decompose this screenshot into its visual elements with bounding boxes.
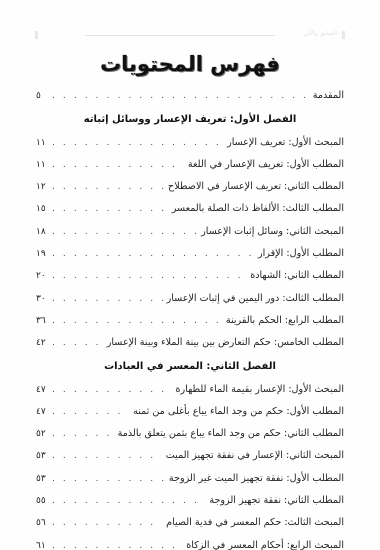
- toc-entry-label: المطلب الأول: الإقرار: [254, 248, 344, 260]
- toc-entry[interactable]: المطلب الأول: الإقرار . . . . . . . . . …: [36, 241, 344, 263]
- dot-leader: . . . . . . . . . . . . . . . . . . . . …: [52, 181, 164, 193]
- dot-leader: . . . . . . . . . . . . . . . . . . . . …: [52, 203, 168, 215]
- header-ornament-right: [342, 31, 345, 39]
- toc-entry-label: المطلب الثاني: الشهادة: [246, 270, 344, 282]
- dot-leader: . . . . . . . . . . . . . . . . . . . . …: [52, 428, 114, 440]
- toc-page-number: ٥٣: [36, 450, 52, 462]
- toc-entry-label: المطلب الأول: نفقة تجهيز الميت غير الزوج…: [165, 473, 344, 485]
- toc-entry-label: المطلب الثالث: الألفاظ ذات الصلة بالمعسر: [168, 203, 344, 215]
- toc-entry[interactable]: المطلب الثاني: حكم من وجد الماء يباع بثم…: [36, 421, 344, 443]
- toc-page-number: ١٢: [36, 181, 52, 193]
- toc-entry-label: المطلب الأول: حكم من وجد الماء يباع بأغل…: [129, 406, 344, 418]
- toc-page-number: ٥: [36, 90, 52, 102]
- toc-entry[interactable]: المطلب الأول: حكم من وجد الماء يباع بأغل…: [36, 399, 344, 421]
- toc-entry[interactable]: المطلب الثالث: الألفاظ ذات الصلة بالمعسر…: [36, 196, 344, 218]
- toc-entry[interactable]: المطلب الخامس: حكم التعارض بين بينة المل…: [36, 330, 344, 352]
- toc-page-number: ٥٥: [36, 495, 52, 507]
- toc-entry[interactable]: المطلب الأول: تعريف الإعسار في اللغة . .…: [36, 152, 344, 174]
- toc-page-number: ٤٧: [36, 406, 52, 418]
- toc-entry[interactable]: المطلب الرابع: الحكم بالقرينة . . . . . …: [36, 308, 344, 330]
- dot-leader: . . . . . . . . . . . . . . . . . . . . …: [52, 226, 197, 238]
- dot-leader: . . . . . . . . . . . . . . . . . . . . …: [52, 293, 163, 305]
- toc-entry-label: المبحث الثاني: وسائل إثبات الإعسار: [197, 226, 344, 238]
- toc-page-number: ٥٣: [36, 473, 52, 485]
- toc-page-number: ١١: [36, 159, 52, 171]
- toc-entry-label: المبحث الأول: تعريف الإعسار: [223, 137, 344, 149]
- toc-entry-label: المطلب الثاني: تعريف الإعسار في الاصطلاح: [164, 181, 344, 193]
- dot-leader: . . . . . . . . . . . . . . . . . . . . …: [52, 90, 309, 102]
- toc-entry[interactable]: المبحث الأول: تعريف الإعسار . . . . . . …: [36, 129, 344, 151]
- toc-entry[interactable]: المبحث الأول: الإعسار بقيمة الماء للطهار…: [36, 376, 344, 398]
- toc-entry-label: المطلب الرابع: الحكم بالقرينة: [222, 315, 344, 327]
- toc-entry[interactable]: المطلب الثالث: دور اليمين في إثبات الإعس…: [36, 285, 344, 307]
- document-page: السابق والآتي فهرس المحتويات المقدمة . .…: [0, 0, 380, 550]
- toc-page-number: ٣٠: [36, 293, 52, 305]
- toc-chapter-heading-1[interactable]: الفصل الأول: تعريف الإعسار ووسائل إثباته: [36, 105, 344, 129]
- toc-page-number: ١١: [36, 137, 52, 149]
- page-title: فهرس المحتويات: [0, 52, 380, 76]
- toc-entry[interactable]: المطلب الأول: نفقة تجهيز الميت غير الزوج…: [36, 465, 344, 487]
- toc-entry-label: المبحث الثالث: حكم المعسر في فدية الصيام: [162, 517, 344, 529]
- toc-entry[interactable]: المبحث الرابع: أحكام المعسر في الزكاة . …: [36, 532, 344, 550]
- dot-leader: . . . . . . . . . . . . . . . . . . . . …: [52, 337, 103, 349]
- dot-leader: . . . . . . . . . . . . . . . . . . . . …: [52, 473, 165, 485]
- toc-entry[interactable]: المطلب الثاني: الشهادة . . . . . . . . .…: [36, 263, 344, 285]
- dot-leader: . . . . . . . . . . . . . . . . . . . . …: [52, 517, 162, 529]
- dot-leader: . . . . . . . . . . . . . . . . . . . . …: [52, 450, 162, 462]
- toc-entry-introduction[interactable]: المقدمة . . . . . . . . . . . . . . . . …: [36, 83, 344, 105]
- toc-entry-label: المطلب الثاني: حكم من وجد الماء يباع بثم…: [114, 428, 344, 440]
- toc-page-number: ٣٦: [36, 315, 52, 327]
- toc-entry[interactable]: المطلب الثاني: نفقة تجهيز الزوجة . . . .…: [36, 488, 344, 510]
- toc-page-number: ٦١: [36, 540, 52, 550]
- dot-leader: . . . . . . . . . . . . . . . . . . . . …: [52, 270, 246, 282]
- toc-page-number: ١٥: [36, 203, 52, 215]
- dot-leader: . . . . . . . . . . . . . . . . . . . . …: [52, 248, 254, 260]
- toc-entry-label: المبحث الأول: الإعسار بقيمة الماء للطهار…: [172, 384, 345, 396]
- toc-entry[interactable]: المبحث الثالث: حكم المعسر في فدية الصيام…: [36, 510, 344, 532]
- dot-leader: . . . . . . . . . . . . . . . . . . . . …: [52, 315, 222, 327]
- chapter-title: الفصل الثاني: المعسر في العبادات: [104, 361, 276, 373]
- toc-page-number: ٢٠: [36, 270, 52, 282]
- dot-leader: . . . . . . . . . . . . . . . . . . . . …: [52, 406, 129, 418]
- toc-entry-label: المقدمة: [309, 90, 344, 102]
- toc-entry[interactable]: المطلب الثاني: تعريف الإعسار في الاصطلاح…: [36, 174, 344, 196]
- toc-entry-label: المبحث الرابع: أحكام المعسر في الزكاة: [182, 540, 344, 550]
- toc-entry-label: المبحث الثاني: الإعسار في نفقة تجهيز الم…: [162, 450, 344, 462]
- toc-entry-label: المطلب الخامس: حكم التعارض بين بينة المل…: [103, 337, 344, 349]
- toc-chapter-heading-2[interactable]: الفصل الثاني: المعسر في العبادات: [36, 352, 344, 376]
- dot-leader: . . . . . . . . . . . . . . . . . . . . …: [52, 540, 182, 550]
- dot-leader: . . . . . . . . . . . . . . . . . . . . …: [52, 495, 205, 507]
- bleed-through-running-header: السابق والآتي: [35, 31, 345, 39]
- dot-leader: . . . . . . . . . . . . . . . . . . . . …: [52, 137, 223, 149]
- chapter-title: الفصل الأول: تعريف الإعسار ووسائل إثباته: [84, 114, 297, 126]
- table-of-contents: المقدمة . . . . . . . . . . . . . . . . …: [36, 83, 344, 550]
- header-rule: [85, 35, 275, 36]
- dot-leader: . . . . . . . . . . . . . . . . . . . . …: [52, 384, 172, 396]
- toc-page-number: ١٩: [36, 248, 52, 260]
- header-ornament-left: [35, 31, 38, 39]
- toc-entry-label: المطلب الأول: تعريف الإعسار في اللغة: [184, 159, 344, 171]
- bleed-header-text: السابق والآتي: [303, 30, 337, 37]
- toc-page-number: ١٨: [36, 226, 52, 238]
- toc-entry[interactable]: المبحث الثاني: الإعسار في نفقة تجهيز الم…: [36, 443, 344, 465]
- toc-page-number: ٥٦: [36, 517, 52, 529]
- toc-entry-label: المطلب الثاني: نفقة تجهيز الزوجة: [205, 495, 344, 507]
- toc-page-number: ٤٢: [36, 337, 52, 349]
- toc-entry[interactable]: المبحث الثاني: وسائل إثبات الإعسار . . .…: [36, 218, 344, 240]
- toc-page-number: ٥٢: [36, 428, 52, 440]
- toc-entry-label: المطلب الثالث: دور اليمين في إثبات الإعس…: [163, 293, 344, 305]
- dot-leader: . . . . . . . . . . . . . . . . . . . . …: [52, 159, 184, 171]
- toc-page-number: ٤٧: [36, 384, 52, 396]
